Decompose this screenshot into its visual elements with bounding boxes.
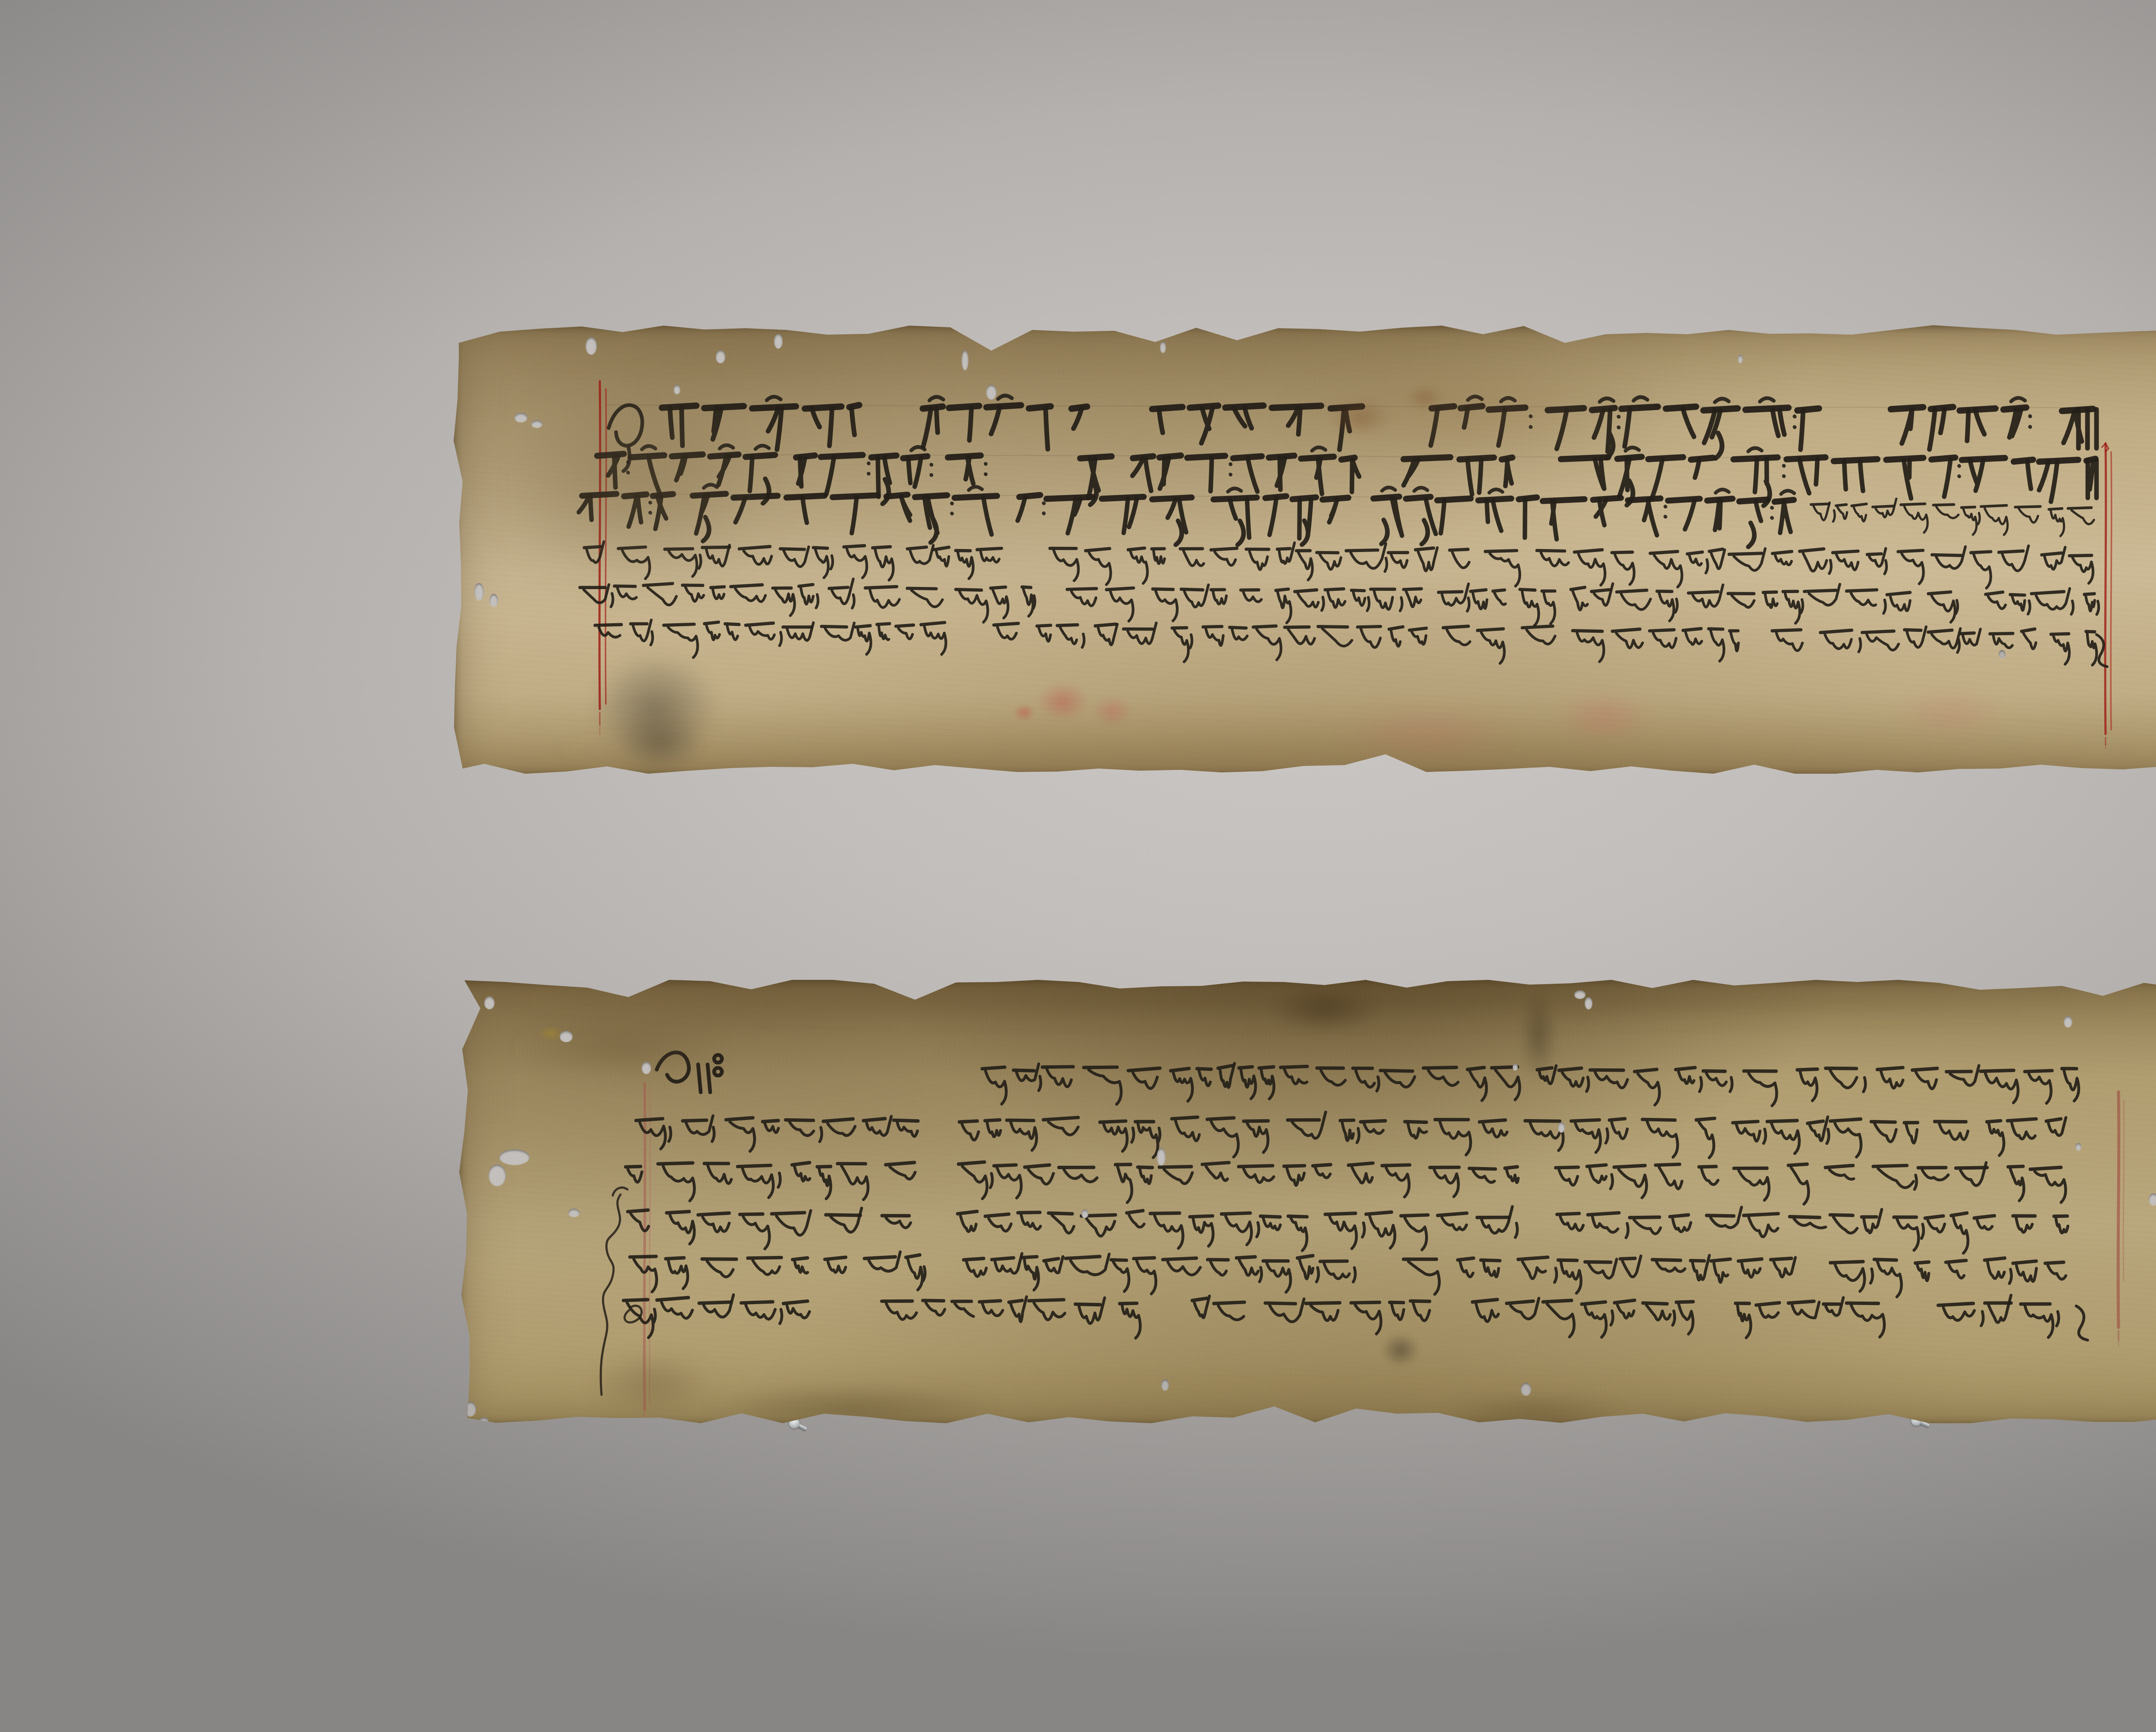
red-margin-rule xyxy=(2118,1092,2119,1327)
top-folio-ink-layer xyxy=(453,324,2156,775)
red-margin-rule xyxy=(649,1091,650,1406)
wormhole xyxy=(986,385,997,399)
wormhole xyxy=(1585,997,1592,1009)
wormhole xyxy=(484,996,495,1009)
text-line-6 xyxy=(624,1295,2087,1340)
wormhole xyxy=(1160,342,1166,353)
wormhole xyxy=(465,1402,476,1416)
wormhole xyxy=(642,1062,651,1074)
red-margin-rule xyxy=(605,389,606,704)
wormhole xyxy=(1574,990,1586,999)
wormhole xyxy=(716,350,725,363)
wormhole xyxy=(1161,1379,1169,1390)
red-margin-rule xyxy=(2105,443,2106,734)
wormhole xyxy=(489,594,498,607)
text-line-5 xyxy=(630,1252,2066,1297)
wormhole xyxy=(560,1031,573,1042)
wormhole xyxy=(1738,355,1743,363)
photo-backdrop xyxy=(0,0,2156,1732)
wormhole xyxy=(1157,1148,1166,1165)
wormhole xyxy=(2149,1193,2156,1205)
wormhole xyxy=(1521,1383,1531,1396)
wormhole xyxy=(586,337,597,355)
wormhole xyxy=(514,413,527,422)
red-margin-rule xyxy=(2123,1100,2124,1281)
red-margin-rule xyxy=(2111,452,2112,730)
text-line-6 xyxy=(595,620,2107,667)
text-line-3-small-continuation xyxy=(1811,499,2094,536)
wormhole xyxy=(474,583,484,600)
text-line-2 xyxy=(636,1112,2066,1158)
wormhole xyxy=(499,1149,530,1165)
text-line-1 xyxy=(982,1064,2079,1106)
text-line-3 xyxy=(579,485,1796,547)
text-line-1-yigmgo xyxy=(657,1052,722,1092)
wormhole xyxy=(962,350,968,370)
wormhole xyxy=(1999,650,2006,659)
wormhole xyxy=(489,1164,506,1186)
wormhole xyxy=(674,385,680,394)
wormhole xyxy=(1558,1122,1565,1133)
wormhole xyxy=(568,1208,580,1217)
top-folio xyxy=(453,324,2156,775)
wormhole xyxy=(531,420,542,428)
text-line-5 xyxy=(580,579,2099,626)
text-line-4 xyxy=(628,1207,2068,1253)
wormhole xyxy=(774,334,783,348)
wormhole xyxy=(2075,1143,2081,1151)
bottom-folio xyxy=(458,979,2156,1424)
wormhole xyxy=(1081,1209,1088,1218)
wormhole xyxy=(2064,1016,2072,1027)
bottom-folio-ink-layer xyxy=(458,979,2156,1424)
text-line-3 xyxy=(626,1162,2066,1204)
text-line-4 xyxy=(584,542,2093,588)
wormhole xyxy=(479,1417,489,1425)
wormhole xyxy=(1513,1064,1518,1070)
